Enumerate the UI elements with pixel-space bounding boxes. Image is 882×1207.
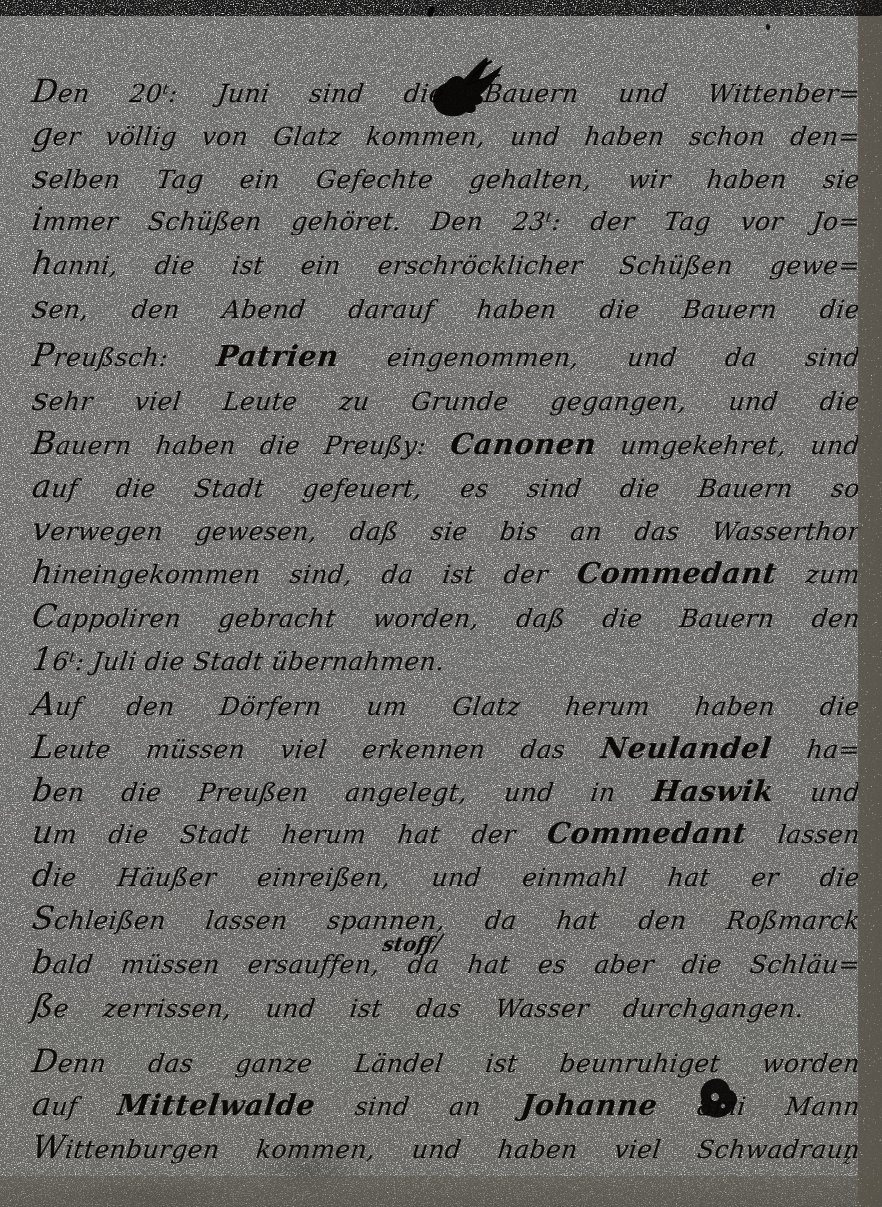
manuscript-line-18: um die Stadt herum hat der Commedant las… (30, 813, 863, 851)
line-text: sind an (313, 1092, 522, 1121)
line-text: 8mi Mann (656, 1092, 862, 1121)
manuscript-line-14: 16ᵗ: Juli die Stadt übernahmen. (30, 640, 447, 678)
scan-fleck (765, 24, 770, 31)
line-text: Schleißen lassen spannen, da hat den Roß… (30, 906, 862, 935)
manuscript-line-6: sen, den Abend darauf haben die Bauern d… (30, 288, 863, 326)
manuscript-line-25: Wittenburgen kommen, und haben viel Schw… (30, 1128, 863, 1166)
line-text: Bauern haben die Preußy: (30, 431, 452, 460)
manuscript-line-19: die Häußer einreißen, und einmahl hat er… (30, 856, 863, 894)
line-text: 16ᵗ: Juli die Stadt übernahmen. (30, 647, 446, 676)
manuscript-line-13: Cappoliren gebracht worden, daß die Baue… (30, 597, 863, 635)
manuscript-line-8: sehr viel Leute zu Grunde gegangen, und … (30, 380, 863, 418)
line-text: und (772, 778, 862, 807)
line-text: ger völlig von Glatz kommen, und haben s… (30, 122, 862, 151)
line-text: umgekehret, und (595, 431, 862, 460)
manuscript-line-11: verwegen gewesen, daß sie bis an das Was… (30, 510, 863, 548)
line-text: zum (775, 560, 862, 589)
manuscript-line-9: Bauern haben die Preußy: Canonen umgekeh… (30, 424, 863, 462)
line-text: bald müssen ersauffen, da hat es aber di… (30, 950, 862, 979)
manuscript-line-22: ße zerrissen, und ist das Wasser durchga… (30, 987, 807, 1025)
proper-name: Mittelwalde (116, 1088, 318, 1122)
scan-fleck (426, 5, 435, 17)
line-text: ben die Preußen angelegt, und in (30, 778, 654, 807)
line-text: immer Schüßen gehöret. Den 23ᵗ: der Tag … (30, 207, 862, 236)
line-text: hineingekommen sind, da ist der (30, 560, 579, 589)
line-text: hanni, die ist ein erschröcklicher Schüß… (30, 251, 862, 280)
line-text: Wittenburgen kommen, und haben viel Schw… (30, 1135, 862, 1164)
line-text: Cappoliren gebracht worden, daß die Baue… (30, 604, 862, 633)
line-text: ße zerrissen, und ist das Wasser durchga… (30, 994, 806, 1023)
line-text: Preußsch: (30, 343, 218, 372)
manuscript-line-5: hanni, die ist ein erschröcklicher Schüß… (30, 244, 863, 282)
manuscript-line-15: Auf den Dörfern um Glatz herum haben die (30, 685, 863, 723)
manuscript-line-21: bald müssen ersauffen, da hat es aber di… (30, 943, 863, 981)
line-text: sehr viel Leute zu Grunde gegangen, und … (30, 387, 862, 416)
manuscript-line-17: ben die Preußen angelegt, und in Haswik … (30, 771, 863, 809)
scan-edge-shadow-right (862, 0, 882, 1207)
manuscript-line-20: Schleißen lassen spannen, da hat den Roß… (30, 899, 863, 937)
proper-name: Haswik (651, 774, 776, 808)
proper-name: Neulandel (599, 731, 774, 765)
proper-name: Commedant (575, 556, 779, 590)
manuscript-page: Den 20ᵗ: Juni sind die Bauern und Witten… (0, 0, 882, 1207)
catchword-mark: z (843, 1150, 851, 1168)
line-text: um die Stadt herum hat der (30, 820, 549, 849)
manuscript-line-4: immer Schüßen gehöret. Den 23ᵗ: der Tag … (30, 200, 863, 238)
insertion-text: stoff (381, 932, 436, 956)
line-text: Auf den Dörfern um Glatz herum haben die (30, 692, 862, 721)
line-text: die Häußer einreißen, und einmahl hat er… (30, 863, 862, 892)
manuscript-line-3: selben Tag ein Gefechte gehalten, wir ha… (30, 158, 863, 196)
line-text: eingenommen, und da sind (337, 343, 862, 372)
ink-blot-small (690, 1072, 746, 1122)
manuscript-line-12: hineingekommen sind, da ist der Commedan… (30, 553, 863, 591)
line-text: ha= (770, 735, 862, 764)
line-text: auf die Stadt gefeuert, es sind die Baue… (30, 474, 862, 503)
ink-blot-large (420, 55, 505, 123)
proper-name: Commedant (545, 816, 749, 850)
line-text: verwegen gewesen, daß sie bis an das Was… (30, 517, 862, 546)
proper-name: Patrien (215, 339, 341, 373)
interlinear-insertion: stoff/ (381, 929, 444, 957)
line-text: sen, den Abend darauf haben die Bauern d… (30, 295, 862, 324)
manuscript-line-16: Leute müssen viel erkennen das Neulandel… (30, 728, 863, 766)
scan-edge-shadow-bottom (0, 1181, 882, 1207)
proper-name: Canonen (449, 427, 599, 461)
line-text: auf (30, 1092, 119, 1121)
line-text: Leute müssen viel erkennen das (30, 735, 602, 764)
proper-name: Johanne (519, 1088, 660, 1122)
manuscript-line-7: Preußsch: Patrien eingenommen, und da si… (30, 336, 863, 374)
manuscript-line-10: auf die Stadt gefeuert, es sind die Baue… (30, 467, 863, 505)
line-text: selben Tag ein Gefechte gehalten, wir ha… (30, 165, 862, 194)
line-text: lassen (745, 820, 862, 849)
